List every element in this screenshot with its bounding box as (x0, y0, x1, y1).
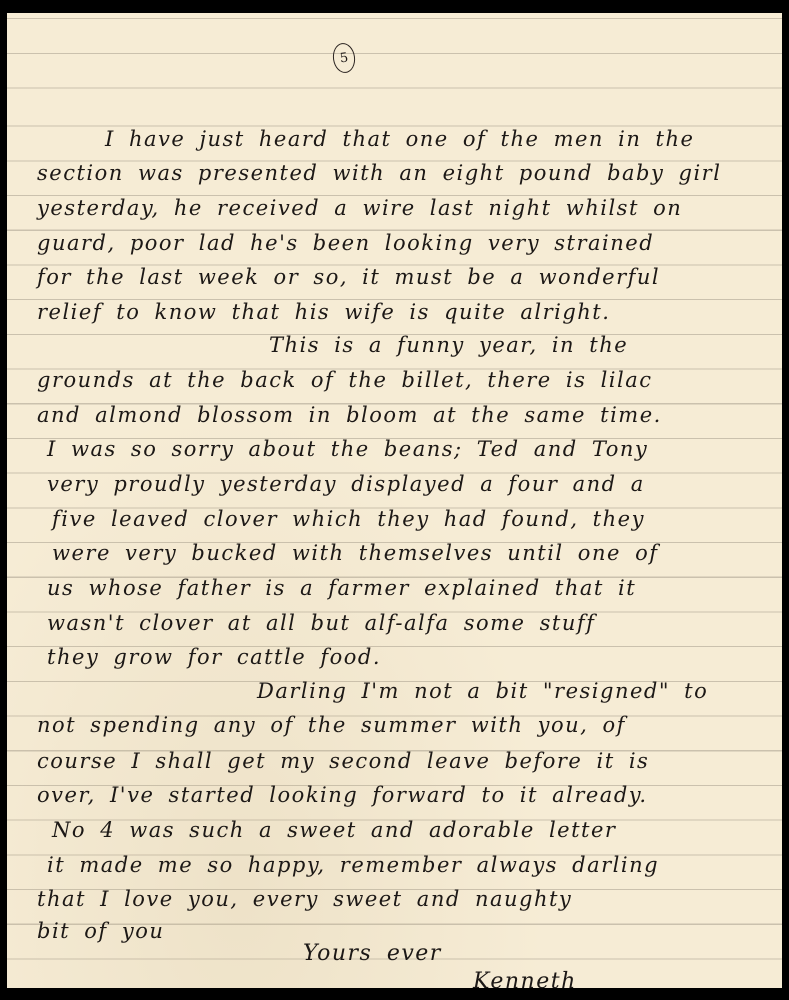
letter-line: that I love you, every sweet and naughty (37, 887, 572, 911)
letter-line: relief to know that his wife is quite al… (37, 300, 610, 324)
letter-line: I have just heard that one of the men in… (105, 127, 694, 151)
page-number: 5 (331, 42, 357, 75)
letter-line: they grow for cattle food. (47, 645, 381, 669)
letter-line: over, I've started looking forward to it… (37, 783, 648, 807)
letter-page: 5 I have just heard that one of the men … (7, 13, 782, 988)
letter-signature: Kenneth (473, 969, 577, 994)
letter-line: five leaved clover which they had found,… (52, 507, 645, 531)
letter-line: very proudly yesterday displayed a four … (47, 472, 645, 496)
letter-line: grounds at the back of the billet, there… (37, 368, 653, 392)
letter-line: bit of you (37, 919, 164, 943)
letter-line: course I shall get my second leave befor… (37, 749, 649, 773)
letter-line: guard, poor lad he's been looking very s… (37, 231, 654, 255)
letter-line: Darling I'm not a bit "resigned" to (257, 679, 708, 703)
letter-line: I was so sorry about the beans; Ted and … (47, 437, 648, 461)
letter-line: us whose father is a farmer explained th… (47, 576, 636, 600)
letter-line: This is a funny year, in the (269, 333, 628, 357)
letter-line: section was presented with an eight poun… (37, 161, 721, 185)
letter-line: wasn't clover at all but alf-alfa some s… (47, 611, 595, 635)
letter-line: No 4 was such a sweet and adorable lette… (52, 818, 616, 842)
letter-line: it made me so happy, remember always dar… (47, 853, 659, 877)
letter-line: were very bucked with themselves until o… (52, 541, 659, 565)
letter-closing: Yours ever (303, 941, 442, 966)
letter-line: yesterday, he received a wire last night… (37, 196, 682, 220)
letter-line: not spending any of the summer with you,… (37, 713, 626, 737)
letter-line: for the last week or so, it must be a wo… (37, 265, 660, 289)
letter-line: and almond blossom in bloom at the same … (37, 403, 662, 427)
